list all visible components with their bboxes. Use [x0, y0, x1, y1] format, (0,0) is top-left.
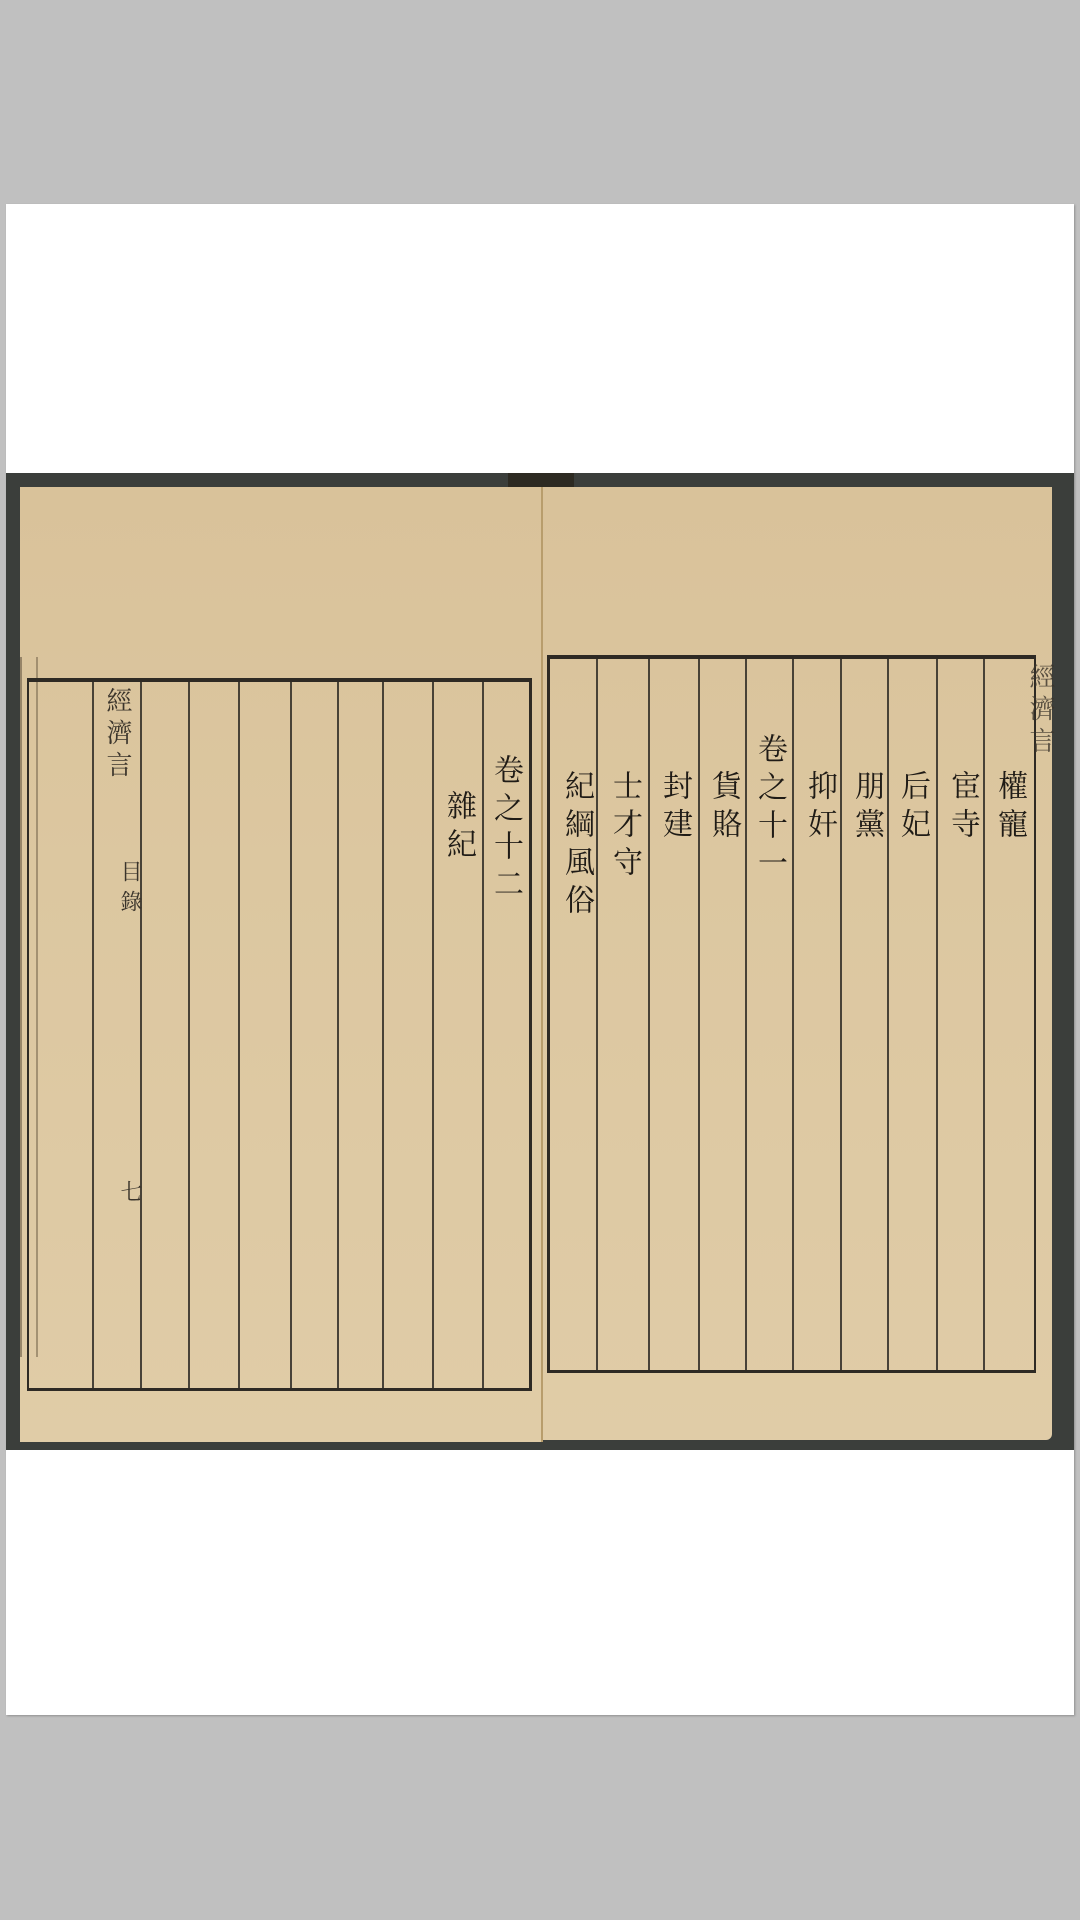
- column-divider: [92, 682, 94, 1388]
- right-margin-title: 經濟言: [1027, 663, 1053, 759]
- column-divider: [482, 682, 484, 1388]
- left-margin-page-number: 七: [118, 1180, 140, 1210]
- column-divider: [983, 659, 985, 1370]
- right-column-2: 宦寺: [947, 770, 977, 846]
- column-divider: [382, 682, 384, 1388]
- right-page: 經濟言 權寵 宦寺 后妃 朋黨 抑奸 卷之十一 貨賂 封建 士才守 紀綱風俗: [543, 487, 1052, 1440]
- right-column-10: 紀綱風俗: [561, 770, 591, 922]
- left-margin-section: 目錄: [118, 860, 140, 920]
- right-column-9: 士才守: [609, 770, 639, 884]
- right-column-8: 封建: [659, 770, 689, 846]
- book-scan: 經濟言 目錄 七 卷之十二 雜紀 經濟言 權寵 宦寺 后妃 朋黨 抑奸 卷之十一…: [6, 473, 1074, 1450]
- column-divider: [188, 682, 190, 1388]
- column-divider: [745, 659, 747, 1370]
- column-divider: [238, 682, 240, 1388]
- column-divider: [337, 682, 339, 1388]
- right-column-1: 權寵: [994, 770, 1024, 846]
- right-column-4: 朋黨: [851, 770, 881, 846]
- left-margin-title: 經濟言: [104, 687, 130, 783]
- right-column-5: 抑奸: [804, 770, 834, 846]
- right-column-3: 后妃: [897, 770, 927, 846]
- column-divider: [432, 682, 434, 1388]
- column-divider: [936, 659, 938, 1370]
- column-divider: [290, 682, 292, 1388]
- column-divider: [648, 659, 650, 1370]
- spine-shadow: [508, 473, 574, 487]
- left-page-frame: [27, 678, 532, 1391]
- column-divider: [840, 659, 842, 1370]
- column-divider: [792, 659, 794, 1370]
- right-column-7: 貨賂: [708, 770, 738, 846]
- right-column-6: 卷之十一: [754, 733, 784, 885]
- left-column-2: 雜紀: [443, 790, 473, 866]
- column-divider: [698, 659, 700, 1370]
- column-divider: [596, 659, 598, 1370]
- right-page-frame: [547, 655, 1036, 1373]
- column-divider: [887, 659, 889, 1370]
- column-divider: [140, 682, 142, 1388]
- left-column-1: 卷之十二: [490, 754, 520, 906]
- left-page: 經濟言 目錄 七 卷之十二 雜紀: [20, 487, 543, 1442]
